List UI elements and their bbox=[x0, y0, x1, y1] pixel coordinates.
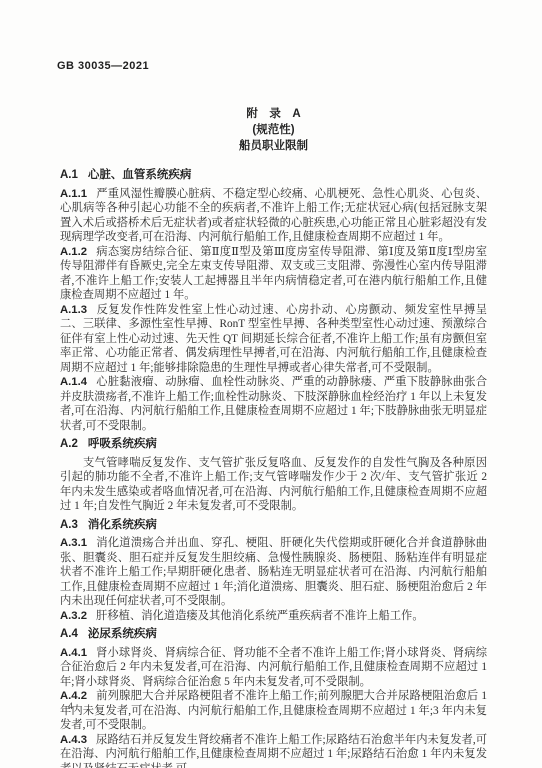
clause-number: A.3.1 bbox=[60, 537, 96, 549]
clause-text: 肝移植、消化道造瘘及其他消化系统严重疾病者不准许上船工作。 bbox=[96, 610, 424, 622]
clause-number: A.3.2 bbox=[60, 610, 96, 622]
clause-text: 严重风湿性瓣膜心脏病、不稳定型心绞痛、心肌梗死、急性心肌炎、心包炎、心肌病等各种… bbox=[60, 188, 487, 244]
clause-a3-1: A.3.1消化道溃疡合并出血、穿孔、梗阻、肝硬化失代偿期或肝硬化合并食道静脉曲张… bbox=[60, 536, 487, 609]
clause-a3-2: A.3.2肝移植、消化道造瘘及其他消化系统严重疾病者不准许上船工作。 bbox=[60, 609, 487, 624]
clause-text: 支气管哮喘反复发作、支气管扩张反复咯血、反复发作的自发性气胸及各种原因引起的肺功… bbox=[60, 457, 487, 513]
clause-a4-2: A.4.2前列腺肥大合并尿路梗阻者不准许上船工作;前列腺肥大合并尿路梗阻治愈后 … bbox=[60, 689, 487, 733]
section-title: 泌尿系统疾病 bbox=[88, 628, 157, 640]
clause-text: 肾小球肾炎、肾病综合征、肾功能不全者不准许上船工作;肾小球肾炎、肾病综合征治愈后… bbox=[60, 647, 487, 688]
section-number: A.2 bbox=[60, 438, 88, 450]
page-number: 4 bbox=[68, 702, 73, 712]
paragraph-a2: 支气管哮喘反复发作、支气管扩张反复咯血、反复发作的自发性气胸及各种原因引起的肺功… bbox=[60, 456, 487, 514]
section-number: A.4 bbox=[60, 628, 88, 640]
clause-a1-2: A.1.2病态窦房结综合征、第Ⅱ度Ⅱ型及第Ⅲ度房室传导阻滞、第Ⅰ度及第Ⅱ度Ⅰ型房… bbox=[60, 245, 487, 303]
section-number: A.3 bbox=[60, 519, 88, 531]
clause-number: A.4.3 bbox=[60, 734, 96, 746]
appendix-title-block: 附 录 A (规范性) 船员职业限制 bbox=[60, 106, 487, 154]
clause-number: A.4.2 bbox=[60, 690, 96, 702]
clause-a4-1: A.4.1肾小球肾炎、肾病综合征、肾功能不全者不准许上船工作;肾小球肾炎、肾病综… bbox=[60, 646, 487, 690]
clause-number: A.1.1 bbox=[60, 188, 96, 200]
clause-a1-4: A.1.4心脏黏液瘤、动脉瘤、血栓性动脉炎、严重的动静脉瘘、严重下肢静脉曲张合并… bbox=[60, 375, 487, 433]
clause-number: A.1.4 bbox=[60, 376, 96, 388]
section-title: 心脏、血管系统疾病 bbox=[88, 169, 192, 181]
clause-a1-3: A.1.3反复发作性阵发性室上性心动过速、心房扑动、心房颤动、频发室性早搏呈二、… bbox=[60, 303, 487, 376]
section-heading-a4: A.4泌尿系统疾病 bbox=[60, 627, 487, 642]
clause-text: 反复发作性阵发性室上性心动过速、心房扑动、心房颤动、频发室性早搏呈二、三联律、多… bbox=[60, 304, 487, 374]
clause-number: A.4.1 bbox=[60, 647, 96, 659]
page-content: 附 录 A (规范性) 船员职业限制 A.1心脏、血管系统疾病 A.1.1严重风… bbox=[60, 106, 487, 768]
clause-text: 消化道溃疡合并出血、穿孔、梗阻、肝硬化失代偿期或肝硬化合并食道静脉曲张、胆囊炎、… bbox=[60, 537, 487, 607]
clause-number: A.1.3 bbox=[60, 304, 96, 316]
section-title: 消化系统疾病 bbox=[88, 519, 157, 531]
section-title: 呼吸系统疾病 bbox=[88, 438, 157, 450]
clause-text: 病态窦房结综合征、第Ⅱ度Ⅱ型及第Ⅲ度房室传导阻滞、第Ⅰ度及第Ⅱ度Ⅰ型房室传导阻滞… bbox=[60, 246, 487, 302]
section-heading-a3: A.3消化系统疾病 bbox=[60, 518, 487, 533]
section-number: A.1 bbox=[60, 169, 88, 181]
clause-a1-1: A.1.1严重风湿性瓣膜心脏病、不稳定型心绞痛、心肌梗死、急性心肌炎、心包炎、心… bbox=[60, 187, 487, 245]
appendix-normative: (规范性) bbox=[60, 122, 487, 138]
section-heading-a1: A.1心脏、血管系统疾病 bbox=[60, 168, 487, 183]
document-page: GB 30035—2021 附 录 A (规范性) 船员职业限制 A.1心脏、血… bbox=[0, 0, 542, 768]
clause-number: A.1.2 bbox=[60, 246, 96, 258]
clause-text: 前列腺肥大合并尿路梗阻者不准许上船工作;前列腺肥大合并尿路梗阻治愈后 1 年内未… bbox=[60, 690, 487, 731]
clause-text: 心脏黏液瘤、动脉瘤、血栓性动脉炎、严重的动静脉瘘、严重下肢静脉曲张合并皮肤溃疡者… bbox=[60, 376, 487, 432]
appendix-title: 船员职业限制 bbox=[60, 138, 487, 154]
clause-a4-3: A.4.3尿路结石并反复发生肾绞痛者不准许上船工作;尿路结石治愈半年内未复发者,… bbox=[60, 733, 487, 768]
appendix-label: 附 录 A bbox=[60, 106, 487, 122]
standard-number: GB 30035—2021 bbox=[57, 60, 149, 72]
section-heading-a2: A.2呼吸系统疾病 bbox=[60, 437, 487, 452]
clause-text: 尿路结石并反复发生肾绞痛者不准许上船工作;尿路结石治愈半年内未复发者,可在沿海、… bbox=[60, 734, 487, 768]
